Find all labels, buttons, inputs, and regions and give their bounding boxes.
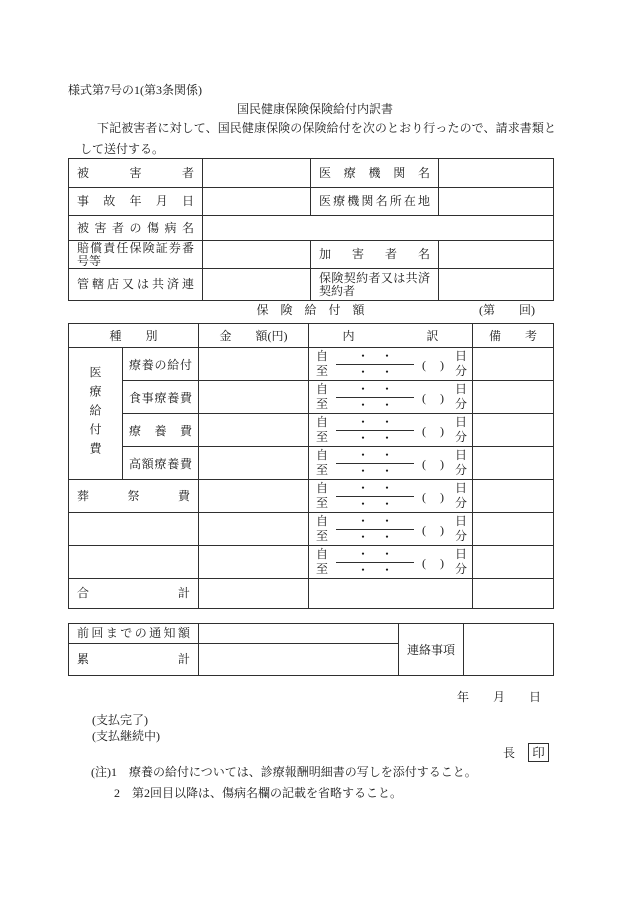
high-cost-care-detail-cell: 自 至 ・ ・ ・ ・ ( ) 日 分	[309, 447, 473, 480]
benefit-period-detail: 自 至 ・ ・ ・ ・ ( ) 日 分	[309, 481, 472, 512]
date-placeholder-dots: ・ ・ ・ ・	[336, 415, 414, 446]
count-parentheses: ( )	[422, 455, 445, 472]
days-worth-label: 日 分	[455, 448, 467, 478]
day-label: 日	[455, 448, 467, 463]
minute-label: 分	[455, 463, 467, 478]
treatment-cost-remarks-cell	[473, 414, 554, 447]
form-page: 様式第7号の1(第3条関係) 国民健康保険保険給付内訳書 下記被害者に対して、国…	[0, 0, 630, 903]
date-dots-bottom: ・ ・	[336, 398, 414, 413]
blank-type-cell-1	[69, 513, 199, 546]
day-label: 日	[455, 481, 467, 496]
meal-care-label: 食事療養費	[123, 381, 199, 414]
footnote-1: (注)1 療養の給付については、診療報酬明細書の写しを添付すること。	[91, 763, 477, 780]
detail-header: 内 訳	[309, 324, 473, 348]
period-from-to: 自 至	[316, 349, 328, 379]
days-worth-label: 日 分	[455, 547, 467, 577]
perpetrator-value-cell	[439, 241, 554, 269]
victim-value-cell	[203, 159, 311, 188]
funeral-cost-amount-cell	[199, 480, 309, 513]
date-placeholder-dots: ・ ・ ・ ・	[336, 349, 414, 380]
contact-value-cell	[464, 624, 554, 676]
policyholder-value-cell	[439, 269, 554, 301]
blank-remarks-cell-2	[473, 546, 554, 579]
blank-type-cell-2	[69, 546, 199, 579]
seal-stamp-box: 印	[528, 743, 549, 762]
minute-label: 分	[455, 430, 467, 445]
treatment-cost-detail-cell: 自 至 ・ ・ ・ ・ ( ) 日 分	[309, 414, 473, 447]
period-to-label: 至	[316, 496, 328, 511]
payment-continuing-label: (支払継続中)	[92, 727, 160, 744]
period-from-to: 自 至	[316, 547, 328, 577]
date-dots-top: ・ ・	[336, 382, 414, 398]
minute-label: 分	[455, 562, 467, 577]
date-placeholder-dots: ・ ・ ・ ・	[336, 514, 414, 545]
period-to-label: 至	[316, 364, 328, 379]
type-header: 種 別	[69, 324, 199, 348]
remarks-header: 備 考	[473, 324, 554, 348]
period-to-label: 至	[316, 397, 328, 412]
date-dots-top: ・ ・	[336, 481, 414, 497]
cumulative-total-value-cell	[199, 644, 399, 676]
case-info-table: 被 害 者 医 療 機 関 名 事 故 年 月 日 医療機関名所在地 被害者の傷…	[68, 158, 554, 301]
treatment-cost-label: 療 養 費	[123, 414, 199, 447]
total-detail-cell	[309, 579, 473, 609]
contact-label: 連絡事項	[399, 624, 464, 676]
medical-care-remarks-cell	[473, 348, 554, 381]
medical-institution-value-cell	[439, 159, 554, 188]
meal-care-detail-cell: 自 至 ・ ・ ・ ・ ( ) 日 分	[309, 381, 473, 414]
minute-label: 分	[455, 397, 467, 412]
period-to-label: 至	[316, 562, 328, 577]
benefit-period-detail: 自 至 ・ ・ ・ ・ ( ) 日 分	[309, 547, 472, 578]
count-parentheses: ( )	[422, 389, 445, 406]
policyholder-label: 保険契約者又は共済契約者	[311, 269, 439, 301]
date-placeholder-dots: ・ ・ ・ ・	[336, 448, 414, 479]
benefit-period-detail: 自 至 ・ ・ ・ ・ ( ) 日 分	[309, 382, 472, 413]
meal-care-amount-cell	[199, 381, 309, 414]
days-worth-label: 日 分	[455, 415, 467, 445]
days-worth-label: 日 分	[455, 382, 467, 412]
period-from-label: 自	[316, 547, 328, 562]
branch-label: 管轄店又は共済連	[69, 269, 203, 301]
previous-total-value-cell	[199, 624, 399, 644]
period-from-label: 自	[316, 514, 328, 529]
blank-amount-cell-1	[199, 513, 309, 546]
date-dots-top: ・ ・	[336, 547, 414, 563]
medical-address-value-cell	[439, 188, 554, 216]
period-from-to: 自 至	[316, 415, 328, 445]
footnote-2: 2 第2回目以降は、傷病名欄の記載を省略すること。	[114, 784, 402, 801]
summary-table: 前回までの通知額 連絡事項 累 計	[68, 623, 554, 676]
date-dots-bottom: ・ ・	[336, 464, 414, 479]
count-parentheses: ( )	[422, 422, 445, 439]
period-from-label: 自	[316, 415, 328, 430]
minute-label: 分	[455, 496, 467, 511]
period-from-label: 自	[316, 448, 328, 463]
days-worth-label: 日 分	[455, 514, 467, 544]
total-remarks-cell	[473, 579, 554, 609]
round-number-label: (第 回)	[479, 301, 535, 318]
previous-total-label: 前回までの通知額	[69, 624, 199, 644]
liability-cert-value-cell	[203, 241, 311, 269]
date-dots-bottom: ・ ・	[336, 431, 414, 446]
day-label: 日	[455, 514, 467, 529]
blank-detail-cell-1: 自 至 ・ ・ ・ ・ ( ) 日 分	[309, 513, 473, 546]
period-to-label: 至	[316, 463, 328, 478]
benefit-period-detail: 自 至 ・ ・ ・ ・ ( ) 日 分	[309, 514, 472, 545]
funeral-cost-detail-cell: 自 至 ・ ・ ・ ・ ( ) 日 分	[309, 480, 473, 513]
date-placeholder-dots: ・ ・ ・ ・	[336, 382, 414, 413]
date-dots-bottom: ・ ・	[336, 530, 414, 545]
day-label: 日	[455, 547, 467, 562]
period-to-label: 至	[316, 529, 328, 544]
date-dots-top: ・ ・	[336, 514, 414, 530]
day-label: 日	[455, 415, 467, 430]
high-cost-care-remarks-cell	[473, 447, 554, 480]
injury-name-value-cell	[203, 216, 554, 241]
accident-date-value-cell	[203, 188, 311, 216]
date-dots-top: ・ ・	[336, 448, 414, 464]
period-from-label: 自	[316, 481, 328, 496]
page-title: 国民健康保険保険給付内訳書	[0, 100, 630, 117]
benefit-period-detail: 自 至 ・ ・ ・ ・ ( ) 日 分	[309, 448, 472, 479]
cumulative-total-label: 累 計	[69, 644, 199, 676]
period-from-label: 自	[316, 382, 328, 397]
victim-label: 被 害 者	[69, 159, 203, 188]
count-parentheses: ( )	[422, 554, 445, 571]
funeral-cost-label: 葬 祭 費	[69, 480, 199, 513]
signature-line: 長 印	[503, 743, 549, 762]
period-from-to: 自 至	[316, 448, 328, 478]
period-to-label: 至	[316, 430, 328, 445]
day-label: 日	[455, 382, 467, 397]
minute-label: 分	[455, 364, 467, 379]
medical-care-amount-cell	[199, 348, 309, 381]
day-label: 日	[455, 349, 467, 364]
date-dots-bottom: ・ ・	[336, 563, 414, 578]
medical-care-label: 療養の給付	[123, 348, 199, 381]
total-label: 合 計	[69, 579, 199, 609]
treatment-cost-amount-cell	[199, 414, 309, 447]
benefit-table: 種 別 金 額(円) 内 訳 備 考 医療給付費 療養の給付 自 至 ・ ・ ・…	[68, 323, 554, 609]
blank-detail-cell-2: 自 至 ・ ・ ・ ・ ( ) 日 分	[309, 546, 473, 579]
medical-benefit-group-cell: 医療給付費	[69, 348, 123, 480]
medical-benefit-group-label: 医療給付費	[87, 366, 104, 461]
benefit-period-detail: 自 至 ・ ・ ・ ・ ( ) 日 分	[309, 349, 472, 380]
blank-amount-cell-2	[199, 546, 309, 579]
minute-label: 分	[455, 529, 467, 544]
period-from-to: 自 至	[316, 514, 328, 544]
date-line: 年 月 日	[457, 688, 541, 705]
date-placeholder-dots: ・ ・ ・ ・	[336, 547, 414, 578]
chief-label: 長	[503, 744, 515, 761]
injury-name-label: 被害者の傷病名	[69, 216, 203, 241]
medical-care-detail-cell: 自 至 ・ ・ ・ ・ ( ) 日 分	[309, 348, 473, 381]
meal-care-remarks-cell	[473, 381, 554, 414]
payment-complete-label: (支払完了)	[92, 711, 148, 728]
date-placeholder-dots: ・ ・ ・ ・	[336, 481, 414, 512]
benefit-period-detail: 自 至 ・ ・ ・ ・ ( ) 日 分	[309, 415, 472, 446]
intro-text: 下記被害者に対して、国民健康保険の保険給付を次のとおり行ったので、請求書類として…	[80, 118, 556, 160]
accident-date-label: 事 故 年 月 日	[69, 188, 203, 216]
date-dots-top: ・ ・	[336, 349, 414, 365]
high-cost-care-amount-cell	[199, 447, 309, 480]
count-parentheses: ( )	[422, 356, 445, 373]
count-parentheses: ( )	[422, 488, 445, 505]
medical-address-label: 医療機関名所在地	[311, 188, 439, 216]
liability-cert-label: 賠償責任保険証券番号等	[69, 241, 203, 269]
total-amount-cell	[199, 579, 309, 609]
period-from-label: 自	[316, 349, 328, 364]
amount-header: 金 額(円)	[199, 324, 309, 348]
period-from-to: 自 至	[316, 382, 328, 412]
days-worth-label: 日 分	[455, 481, 467, 511]
medical-institution-label: 医 療 機 関 名	[311, 159, 439, 188]
date-dots-bottom: ・ ・	[336, 365, 414, 380]
perpetrator-label: 加 害 者 名	[311, 241, 439, 269]
period-from-to: 自 至	[316, 481, 328, 511]
date-dots-bottom: ・ ・	[336, 497, 414, 512]
blank-remarks-cell-1	[473, 513, 554, 546]
branch-value-cell	[203, 269, 311, 301]
high-cost-care-label: 高額療養費	[123, 447, 199, 480]
form-number: 様式第7号の1(第3条関係)	[68, 81, 202, 98]
count-parentheses: ( )	[422, 521, 445, 538]
date-dots-top: ・ ・	[336, 415, 414, 431]
funeral-cost-remarks-cell	[473, 480, 554, 513]
days-worth-label: 日 分	[455, 349, 467, 379]
